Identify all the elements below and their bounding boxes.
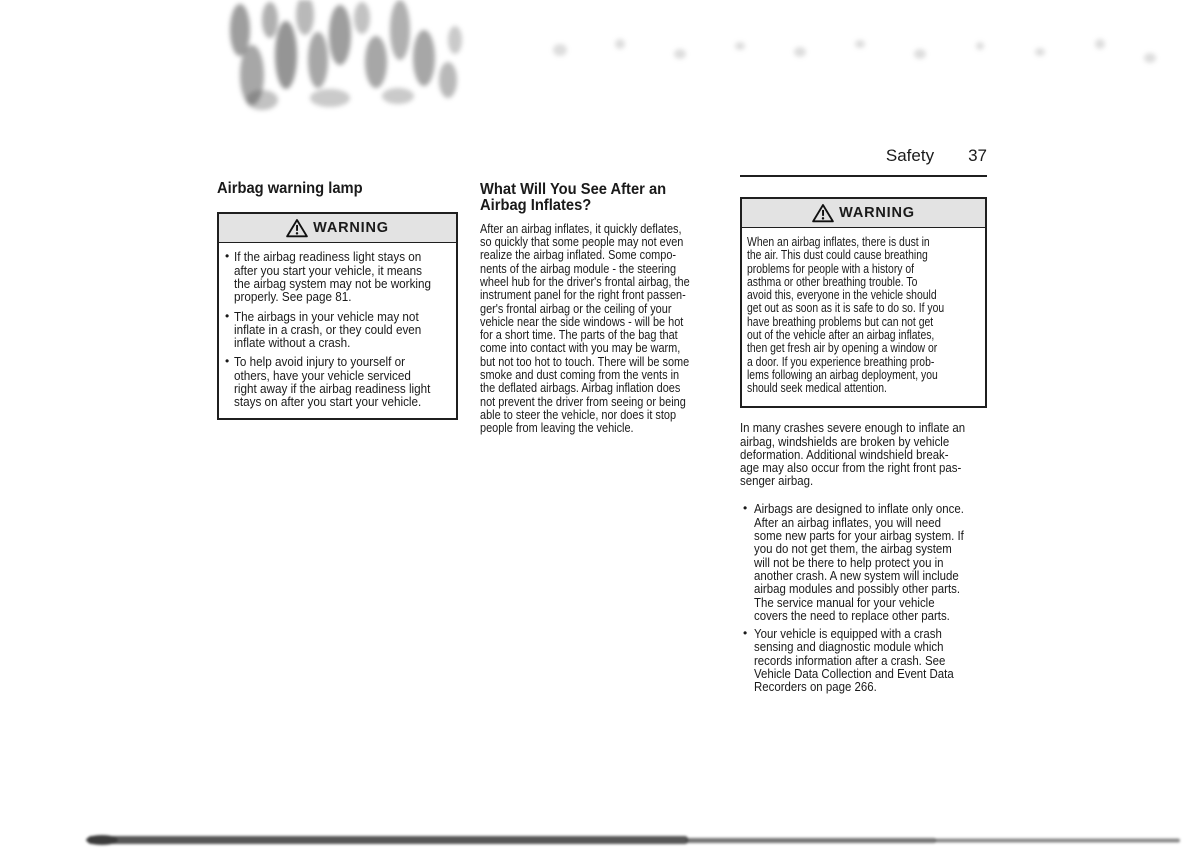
warning-box-airbag-lamp: WARNING • If the airbag readiness light …: [217, 212, 458, 419]
column-right: WARNING When an airbag inflates, there i…: [740, 197, 987, 699]
warning-paragraph-text: When an airbag inflates, there is dust i…: [747, 235, 944, 395]
manual-page: Safety 37 Airbag warning lamp WARNING • …: [0, 0, 1200, 848]
warning-bullet-item: • If the airbag readiness light stays on…: [224, 250, 451, 303]
warning-bullet-text: The airbags in your vehicle may not infl…: [234, 310, 421, 350]
warning-box-body: • If the airbag readiness light stays on…: [219, 243, 456, 417]
bullet-marker: •: [742, 502, 754, 515]
paragraph-after-inflation: After an airbag inflates, it quickly def…: [480, 222, 738, 437]
warning-box-header: WARNING: [219, 214, 456, 243]
bullet-item: • Your vehicle is equipped with a crash …: [742, 627, 987, 693]
bullet-text: Airbags are designed to inflate only onc…: [754, 502, 964, 622]
heading-airbag-warning-lamp: Airbag warning lamp: [217, 181, 446, 197]
paragraph-text: After an airbag inflates, it quickly def…: [480, 222, 690, 435]
warning-box-header: WARNING: [742, 199, 985, 228]
bullet-list-airbag-replacement: • Airbags are designed to inflate only o…: [740, 502, 987, 693]
bullet-marker: •: [224, 310, 234, 323]
bullet-text: Your vehicle is equipped with a crash se…: [754, 627, 954, 693]
warning-box-title: WARNING: [839, 205, 915, 221]
paragraph-text: In many crashes severe enough to inflate…: [740, 421, 965, 487]
bullet-marker: •: [742, 627, 754, 640]
warning-bullet-text: If the airbag readiness light stays on a…: [234, 250, 431, 303]
warning-box-body: When an airbag inflates, there is dust i…: [742, 228, 985, 406]
warning-bullet-item: • To help avoid injury to yourself or ot…: [224, 355, 451, 408]
warning-bullet-text: To help avoid injury to yourself or othe…: [234, 355, 430, 408]
bullet-marker: •: [224, 250, 234, 263]
warning-triangle-icon: [286, 218, 308, 238]
bullet-marker: •: [224, 355, 234, 368]
column-middle: What Will You See After an Airbag Inflat…: [480, 182, 738, 437]
section-title: Safety: [886, 146, 934, 166]
scan-noise-top: [0, 0, 1200, 130]
header-rule: [740, 175, 987, 177]
page-number: 37: [968, 146, 987, 166]
warning-bullet-item: • The airbags in your vehicle may not in…: [224, 310, 451, 350]
scan-artifact-bottom: [0, 830, 1200, 848]
warning-box-dust: WARNING When an airbag inflates, there i…: [740, 197, 987, 408]
warning-triangle-icon: [812, 203, 834, 223]
column-left: Airbag warning lamp WARNING • If the air…: [217, 181, 458, 420]
warning-box-title: WARNING: [313, 220, 389, 236]
heading-what-will-you-see: What Will You See After an Airbag Inflat…: [480, 182, 725, 215]
page-header: Safety 37: [740, 146, 987, 166]
paragraph-windshield: In many crashes severe enough to inflate…: [740, 421, 987, 490]
bullet-item: • Airbags are designed to inflate only o…: [742, 502, 987, 622]
